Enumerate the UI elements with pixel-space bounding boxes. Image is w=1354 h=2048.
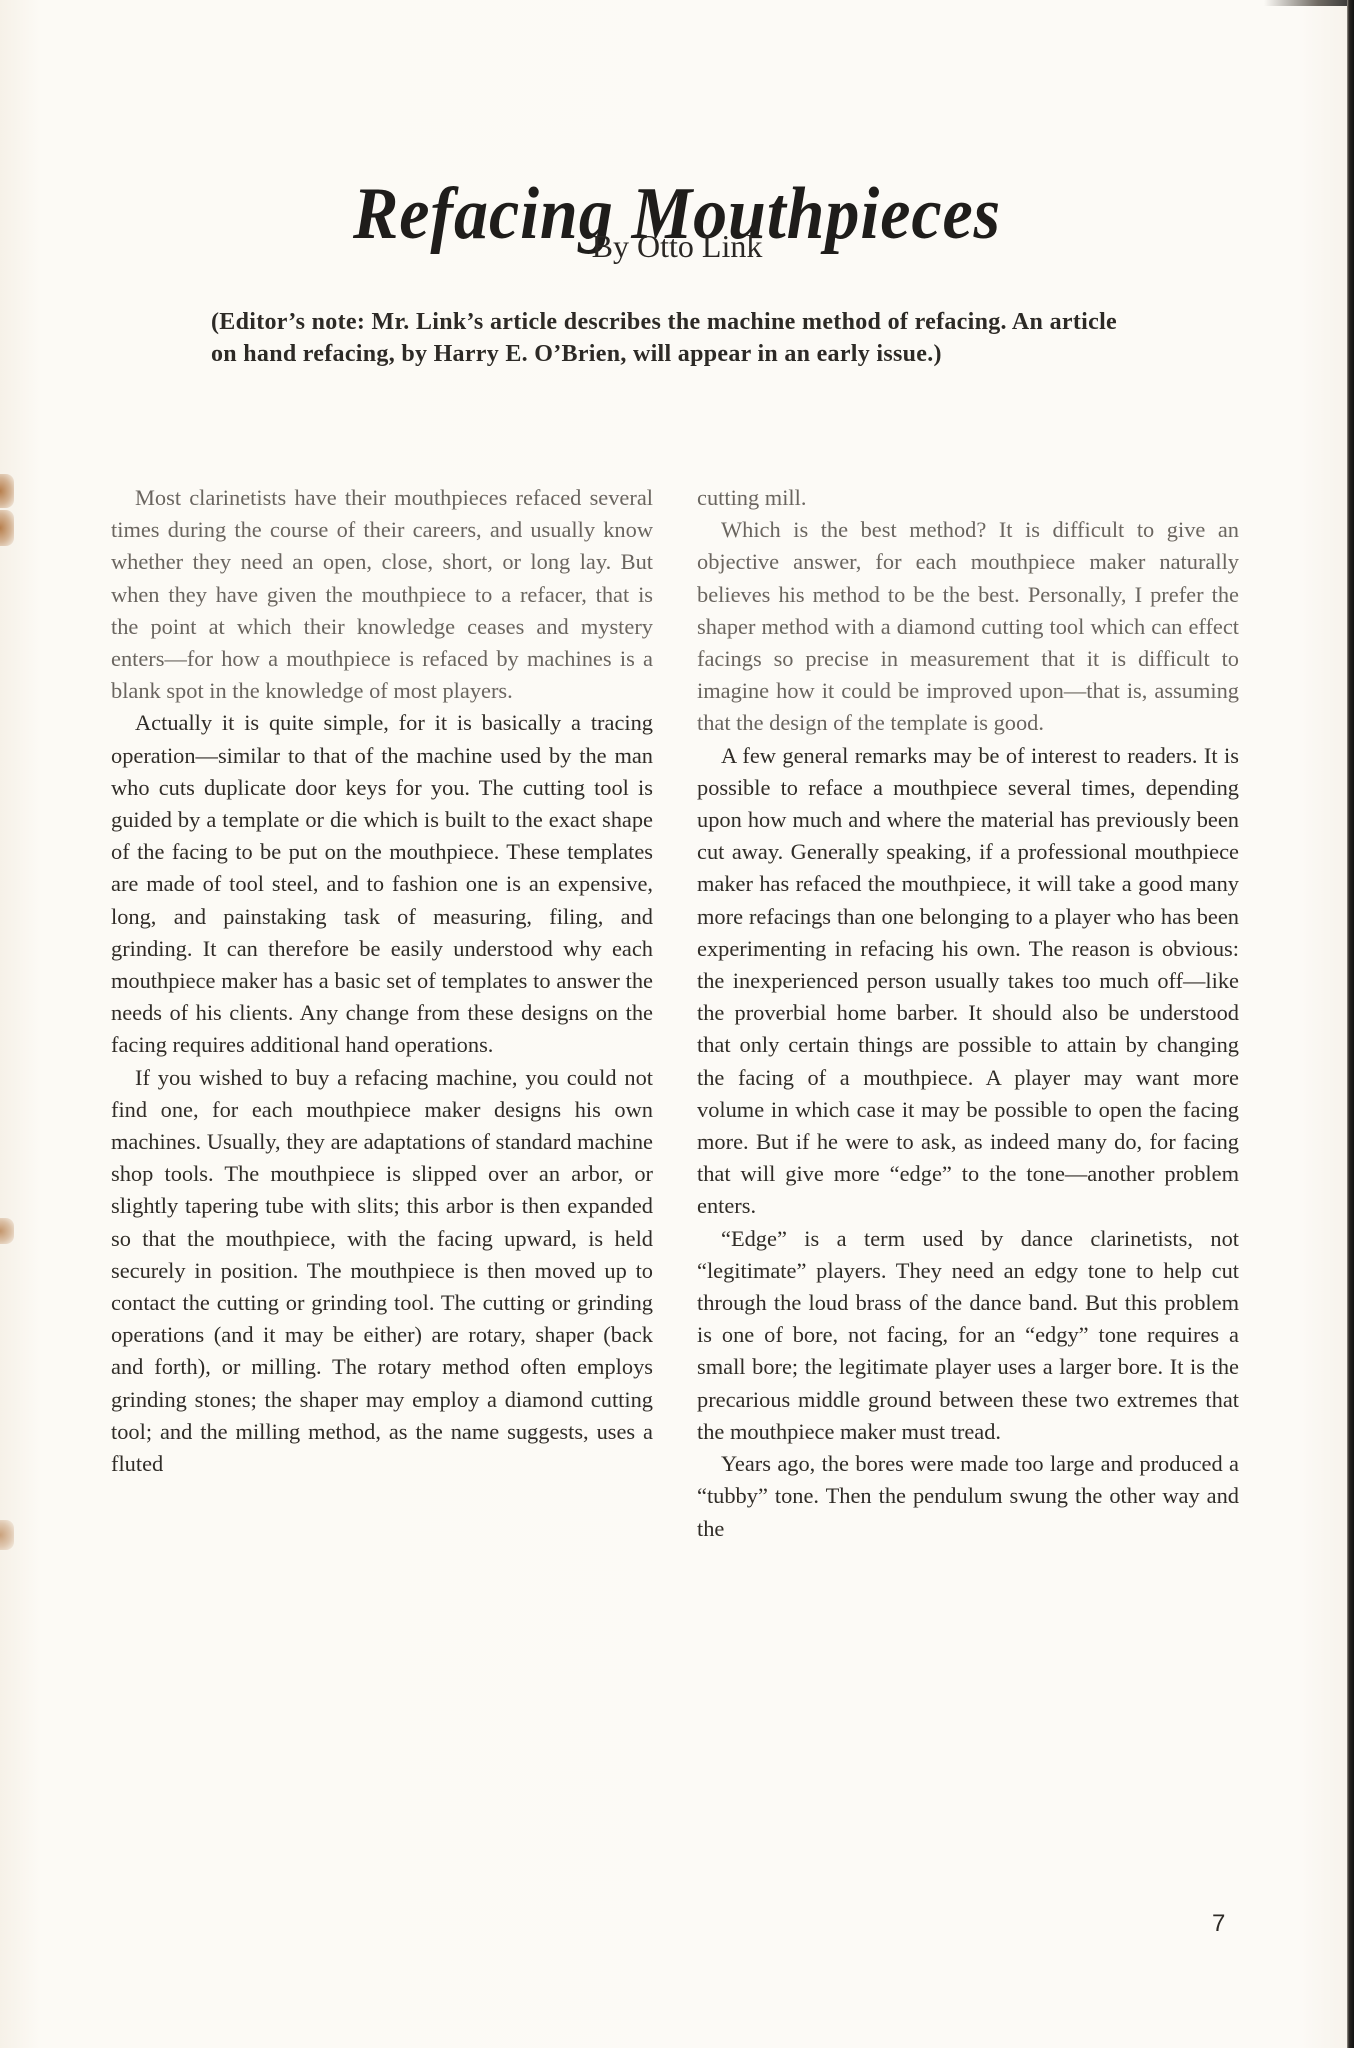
paragraph: If you wished to buy a refacing machine,… (111, 1062, 653, 1481)
paragraph: A few general remarks may be of interest… (697, 740, 1239, 1223)
paragraph: cutting mill. (697, 482, 1239, 514)
left-column: Most clarinetists have their mouthpieces… (111, 482, 653, 1480)
page-stain (0, 474, 14, 508)
scan-edge (1264, 0, 1354, 6)
article-byline: By Otto Link (0, 228, 1354, 265)
editor-note: (Editor’s note: Mr. Link’s article descr… (211, 306, 1117, 370)
paragraph: Actually it is quite simple, for it is b… (111, 707, 653, 1061)
magazine-page: Refacing Mouthpieces By Otto Link (Edito… (0, 0, 1354, 2048)
page-stain (0, 510, 14, 546)
page-stain (0, 1218, 14, 1244)
page-number: 7 (1212, 1910, 1225, 1938)
paragraph: Most clarinetists have their mouthpieces… (111, 482, 653, 707)
scan-edge (1347, 0, 1354, 2048)
right-column: cutting mill. Which is the best method? … (697, 482, 1239, 1545)
paragraph: Years ago, the bores were made too large… (697, 1448, 1239, 1545)
paragraph: Which is the best method? It is difficul… (697, 514, 1239, 739)
page-stain (0, 1520, 14, 1550)
paragraph: “Edge” is a term used by dance clarineti… (697, 1223, 1239, 1448)
